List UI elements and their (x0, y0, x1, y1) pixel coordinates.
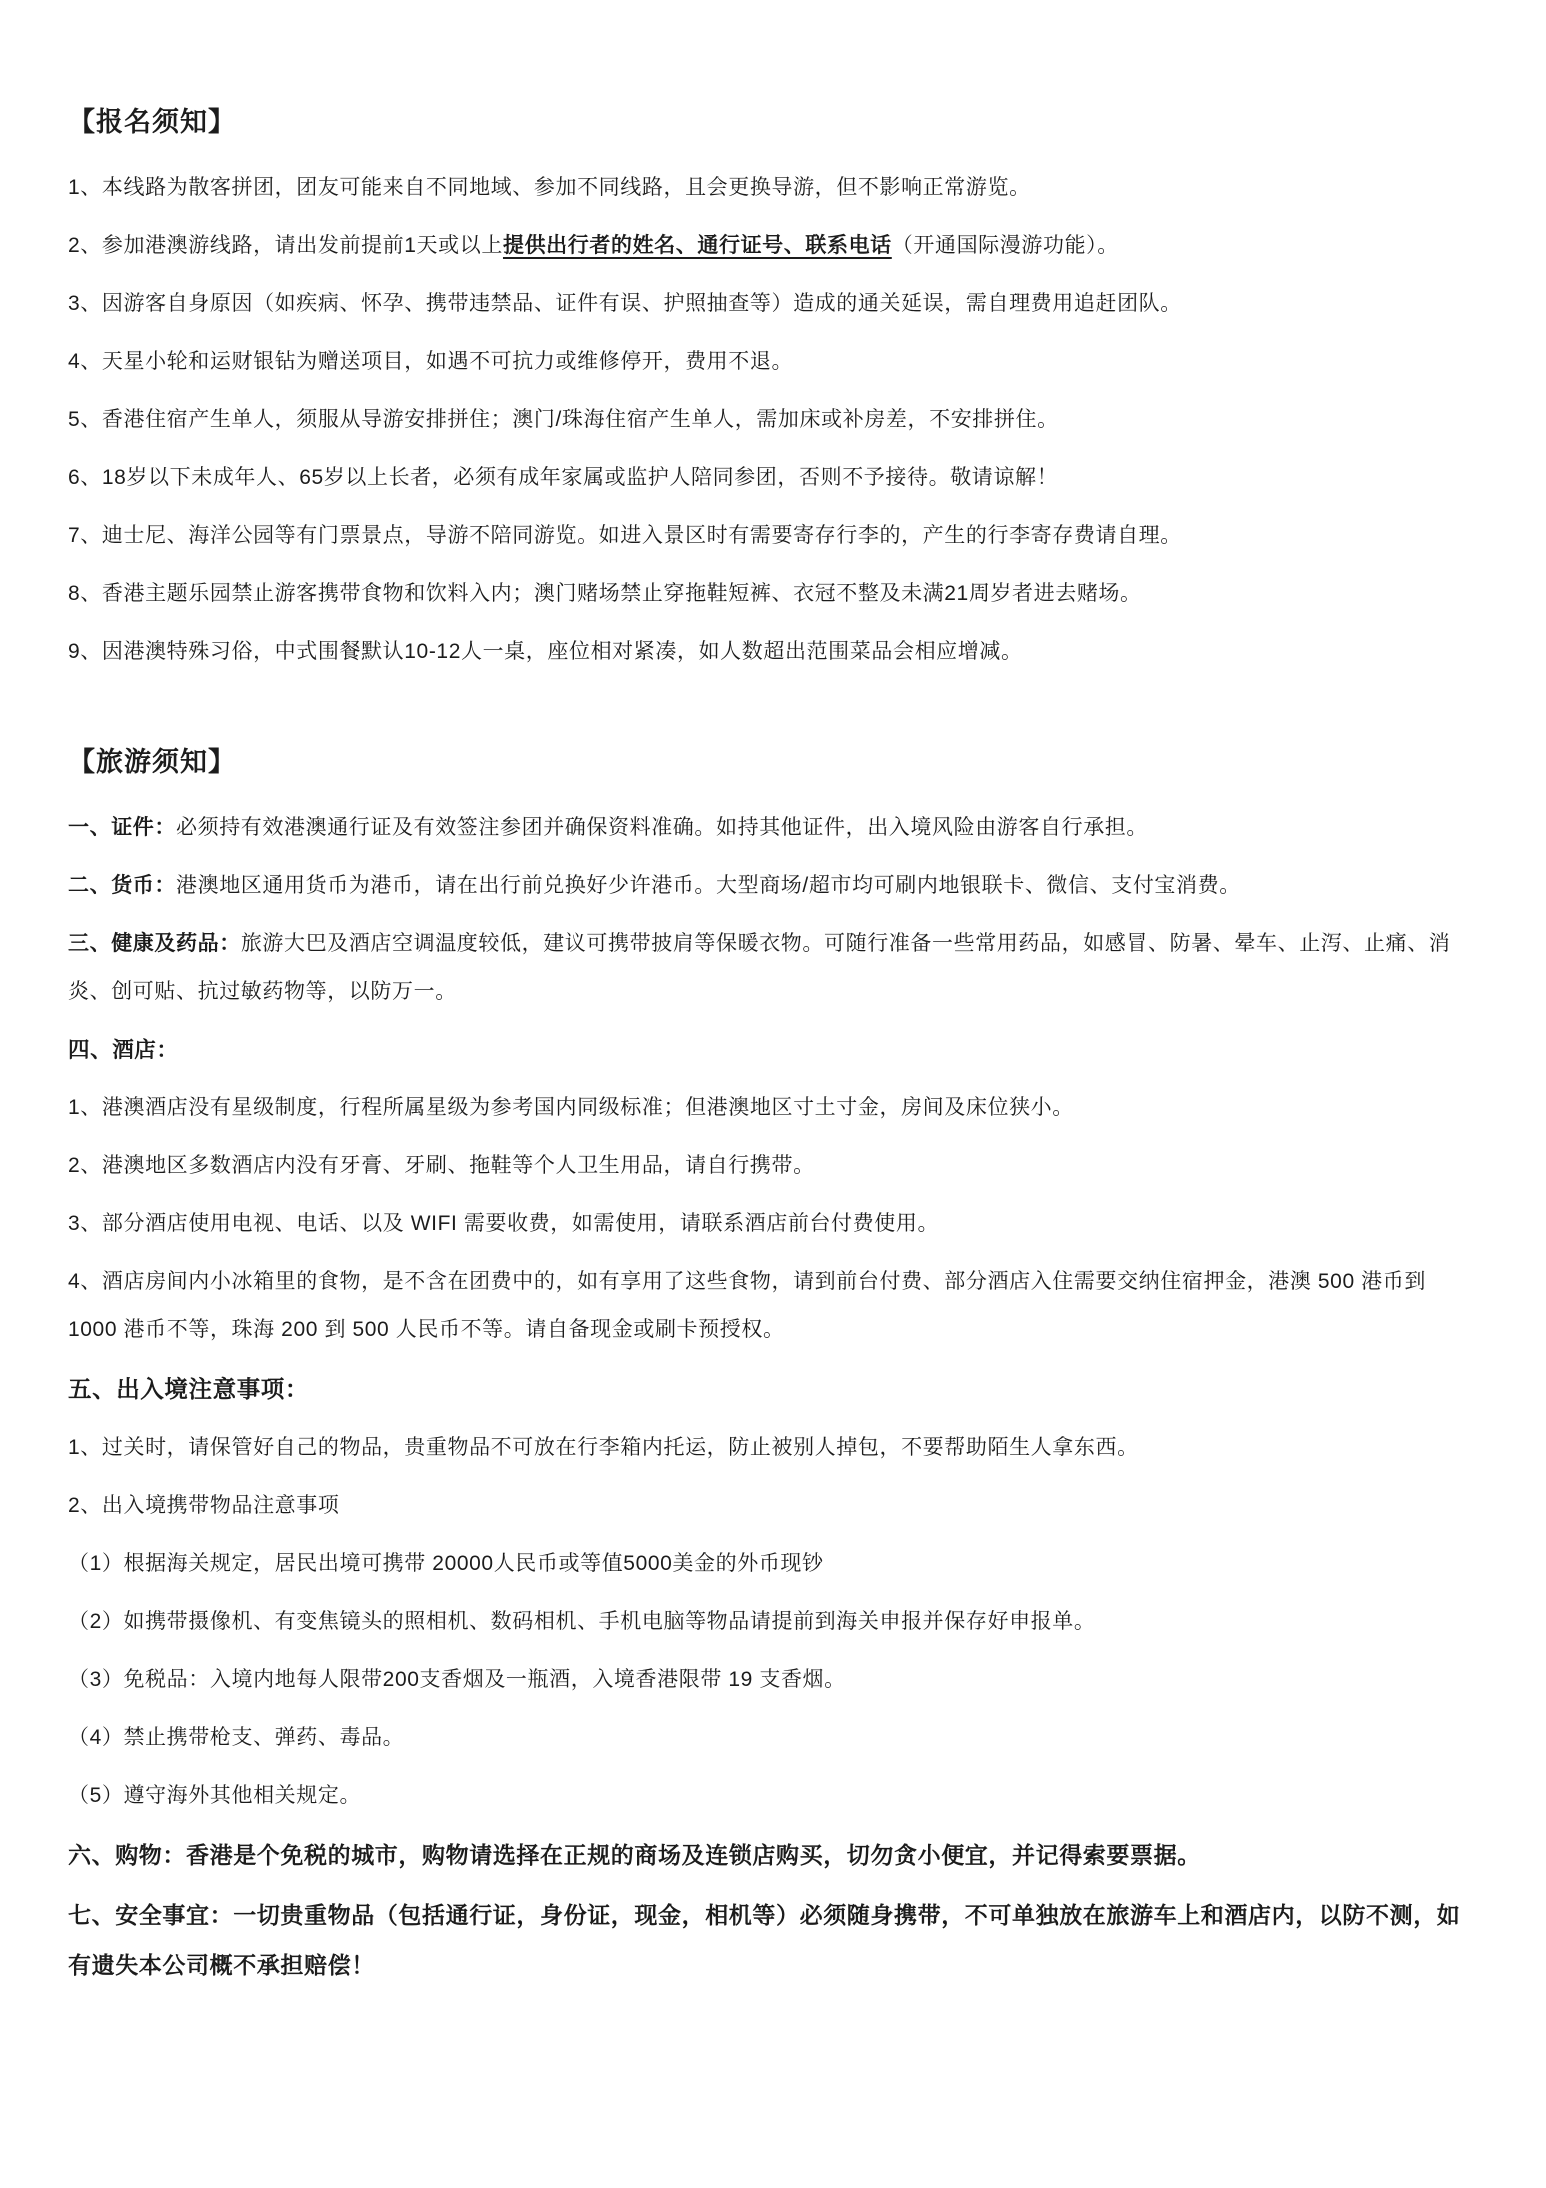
travel-item-certificates: 一、证件：必须持有效港澳通行证及有效签注参团并确保资料准确。如持其他证件，出入境… (68, 804, 1480, 852)
travel-section-title: 【旅游须知】 (68, 742, 1480, 782)
signup-item-7: 7、迪士尼、海洋公园等有门票景点，导游不陪同游览。如进入景区时有需要寄存行李的，… (68, 512, 1480, 560)
signup-item-9: 9、因港澳特殊习俗，中式围餐默认10-12人一桌，座位相对紧凑，如人数超出范围菜… (68, 628, 1480, 676)
signup-item-2-emphasis: 提供出行者的姓名、通行证号、联系电话 (503, 234, 892, 257)
signup-item-8: 8、香港主题乐园禁止游客携带食物和饮料入内；澳门赌场禁止穿拖鞋短裤、衣冠不整及未… (68, 570, 1480, 618)
signup-item-2-pre: 2、参加港澳游线路，请出发前提前1天或以上 (68, 234, 503, 257)
signup-item-6: 6、18岁以下未成年人、65岁以上长者，必须有成年家属或监护人陪同参团，否则不予… (68, 454, 1480, 502)
travel-item-certificates-text: 必须持有效港澳通行证及有效签注参团并确保资料准确。如持其他证件，出入境风险由游客… (176, 816, 1148, 839)
travel-subheader-hotel: 四、酒店： (68, 1026, 1480, 1074)
immigration-subitem-3: （3）免税品：入境内地每人限带200支香烟及一瓶酒，入境香港限带 19 支香烟。 (68, 1656, 1480, 1704)
immigration-subitem-4: （4）禁止携带枪支、弹药、毒品。 (68, 1714, 1480, 1762)
hotel-item-3: 3、部分酒店使用电视、电话、以及 WIFI 需要收费，如需使用，请联系酒店前台付… (68, 1200, 1480, 1248)
hotel-item-4: 4、酒店房间内小冰箱里的食物，是不含在团费中的，如有享用了这些食物，请到前台付费… (68, 1258, 1480, 1354)
travel-item-certificates-label: 一、证件： (68, 816, 176, 839)
travel-item-currency-label: 二、货币： (68, 874, 176, 897)
travel-item-shopping: 六、购物：香港是个免税的城市，购物请选择在正规的商场及连锁店购买，切勿贪小便宜，… (68, 1830, 1480, 1880)
signup-item-5: 5、香港住宿产生单人，须服从导游安排拼住；澳门/珠海住宿产生单人，需加床或补房差… (68, 396, 1480, 444)
signup-item-2-post: （开通国际漫游功能）。 (892, 234, 1119, 257)
immigration-item-2: 2、出入境携带物品注意事项 (68, 1482, 1480, 1530)
signup-item-3: 3、因游客自身原因（如疾病、怀孕、携带违禁品、证件有误、护照抽查等）造成的通关延… (68, 280, 1480, 328)
travel-item-safety: 七、安全事宜：一切贵重物品（包括通行证，身份证，现金，相机等）必须随身携带，不可… (68, 1890, 1480, 1990)
hotel-item-2: 2、港澳地区多数酒店内没有牙膏、牙刷、拖鞋等个人卫生用品，请自行携带。 (68, 1142, 1480, 1190)
immigration-item-1: 1、过关时，请保管好自己的物品，贵重物品不可放在行李箱内托运，防止被别人掉包，不… (68, 1424, 1480, 1472)
hotel-item-1: 1、港澳酒店没有星级制度，行程所属星级为参考国内同级标准；但港澳地区寸土寸金，房… (68, 1084, 1480, 1132)
travel-item-health-text: 旅游大巴及酒店空调温度较低，建议可携带披肩等保暖衣物。可随行准备一些常用药品，如… (68, 932, 1450, 1003)
immigration-subitem-5: （5）遵守海外其他相关规定。 (68, 1772, 1480, 1820)
travel-item-health-label: 三、健康及药品： (68, 932, 241, 955)
signup-item-4: 4、天星小轮和运财银钻为赠送项目，如遇不可抗力或维修停开，费用不退。 (68, 338, 1480, 386)
immigration-subitem-2: （2）如携带摄像机、有变焦镜头的照相机、数码相机、手机电脑等物品请提前到海关申报… (68, 1598, 1480, 1646)
signup-section-title: 【报名须知】 (68, 102, 1480, 142)
travel-item-currency: 二、货币：港澳地区通用货币为港币，请在出行前兑换好少许港币。大型商场/超市均可刷… (68, 862, 1480, 910)
document-page: 【报名须知】 1、本线路为散客拼团，团友可能来自不同地域、参加不同线路，且会更换… (0, 0, 1546, 2080)
travel-item-health: 三、健康及药品：旅游大巴及酒店空调温度较低，建议可携带披肩等保暖衣物。可随行准备… (68, 920, 1480, 1016)
travel-item-currency-text: 港澳地区通用货币为港币，请在出行前兑换好少许港币。大型商场/超市均可刷内地银联卡… (176, 874, 1241, 897)
signup-item-2: 2、参加港澳游线路，请出发前提前1天或以上提供出行者的姓名、通行证号、联系电话（… (68, 222, 1480, 270)
signup-item-1: 1、本线路为散客拼团，团友可能来自不同地域、参加不同线路，且会更换导游，但不影响… (68, 164, 1480, 212)
immigration-subitem-1: （1）根据海关规定，居民出境可携带 20000人民币或等值5000美金的外币现钞 (68, 1540, 1480, 1588)
travel-subheader-immigration: 五、出入境注意事项： (68, 1364, 1480, 1414)
